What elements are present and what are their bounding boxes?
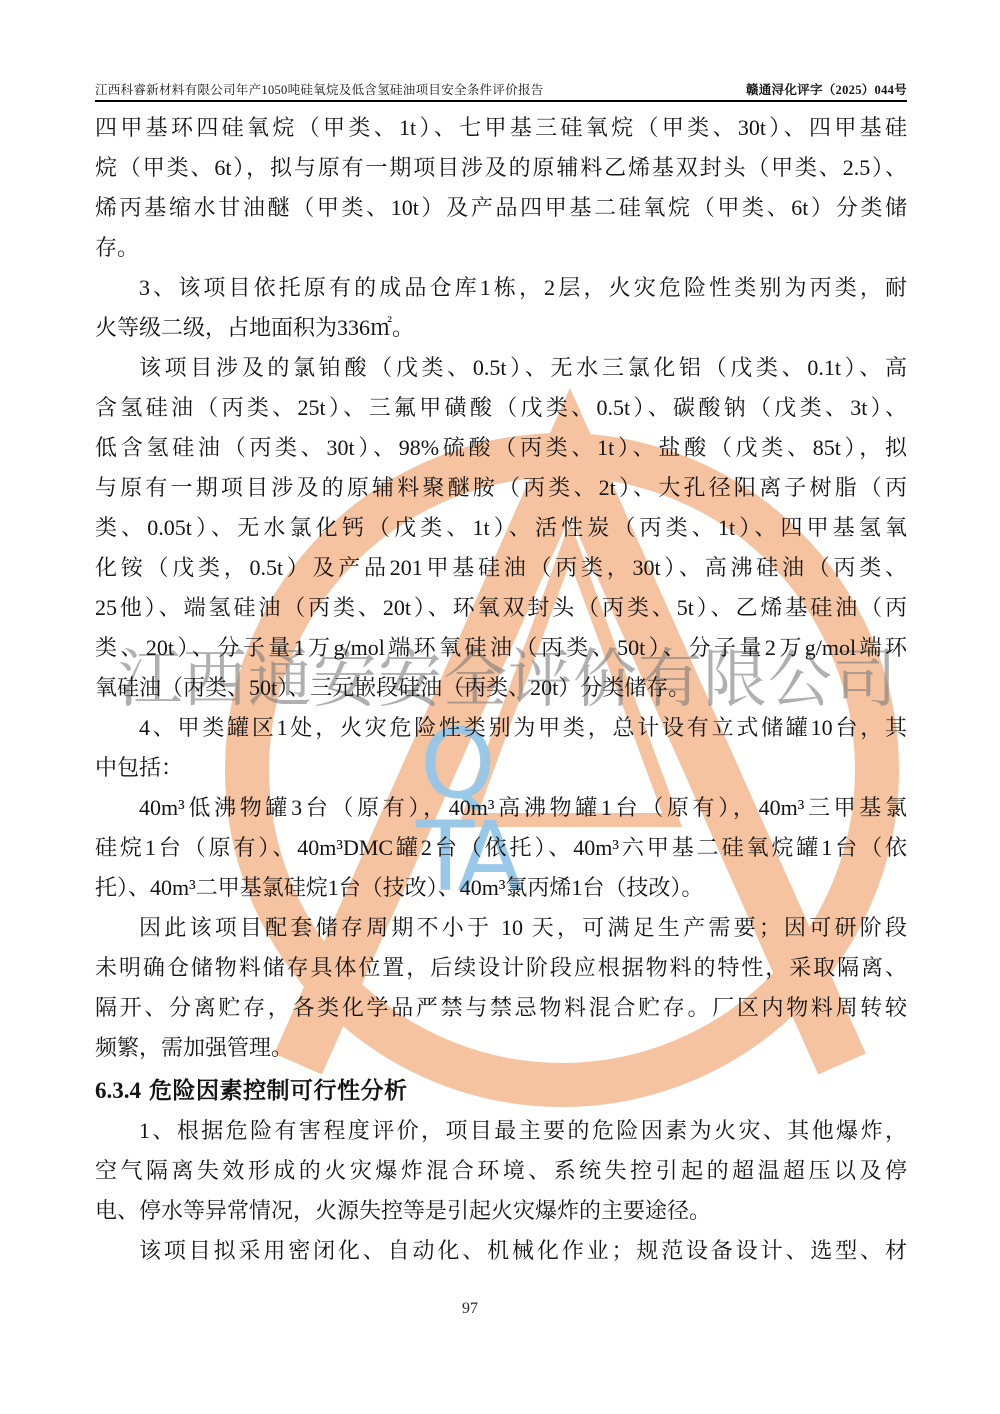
text-line: 电、停水等异常情况，火源失控等是引起火灾爆炸的主要途径。 [95,1191,907,1231]
text-line: 化铵（戊类，0.5t）及产品201甲基硅油（丙类，30t）、高沸硅油（丙类、 [95,548,907,588]
section-number: 6.3.4 [95,1078,141,1103]
text-line: 未明确仓储物料储存具体位置，后续设计阶段应根据物料的特性，采取隔离、 [95,948,907,988]
text-line: 40m³低沸物罐3台（原有），40m³高沸物罐1台（原有），40m³三甲基氯 [95,788,907,828]
text-line: 因此该项目配套储存周期不小于 10 天，可满足生产需要；因可研阶段 [95,908,907,948]
text-line: 类、0.05t）、无水氯化钙（戊类、1t）、活性炭（丙类、1t）、四甲基氢氧 [95,508,907,548]
text-line: 隔开、分离贮存，各类化学品严禁与禁忌物料混合贮存。厂区内物料周转较 [95,988,907,1028]
text-line: 硅烷1台（原有）、40m³DMC罐2台（依托）、40m³六甲基二硅氧烷罐1台（依 [95,828,907,868]
text-line: 含氢硅油（丙类、25t）、三氟甲磺酸（戊类、0.5t）、碳酸钠（戊类、3t）、 [95,388,907,428]
section-title: 危险因素控制可行性分析 [149,1077,408,1103]
page-footer: 97 [0,1300,940,1318]
text-line: 4、甲类罐区1处，火灾危险性类别为甲类，总计设有立式储罐10台，其 [95,708,907,748]
text-line: 火等级二级，占地面积为336㎡。 [95,308,907,348]
text-line: 烯丙基缩水甘油醚（甲类、10t）及产品四甲基二硅氧烷（甲类、6t）分类储 [95,188,907,228]
text-line: 存。 [95,228,907,268]
text-line: 该项目拟采用密闭化、自动化、机械化作业；规范设备设计、选型、材 [95,1231,907,1271]
text-line: 空气隔离失效形成的火灾爆炸混合环境、系统失控引起的超温超压以及停 [95,1151,907,1191]
text-line: 3、该项目依托原有的成品仓库1栋，2层，火灾危险性类别为丙类，耐 [95,268,907,308]
section-heading: 6.3.4危险因素控制可行性分析 [95,1068,907,1111]
text-line: 频繁，需加强管理。 [95,1028,907,1068]
text-line: 与原有一期项目涉及的原辅料聚醚胺（丙类、2t）、大孔径阳离子树脂（丙 [95,468,907,508]
text-line: 四甲基环四硅氧烷（甲类、1t）、七甲基三硅氧烷（甲类、30t）、四甲基硅 [95,108,907,148]
text-line: 中包括： [95,748,907,788]
header-report-title: 江西科睿新材料有限公司年产1050吨硅氧烷及低含氢硅油项目安全条件评价报告 [95,80,544,98]
text-line: 1、根据危险有害程度评价，项目最主要的危险因素为火灾、其他爆炸， [95,1111,907,1151]
page-header: 江西科睿新材料有限公司年产1050吨硅氧烷及低含氢硅油项目安全条件评价报告 赣通… [95,78,907,102]
text-line: 该项目涉及的氯铂酸（戊类、0.5t）、无水三氯化铝（戊类、0.1t）、高 [95,348,907,388]
text-line: 氧硅油（丙类、50t）、三元嵌段硅油（丙类、20t）分类储存。 [95,668,907,708]
body-text: 四甲基环四硅氧烷（甲类、1t）、七甲基三硅氧烷（甲类、30t）、四甲基硅烷（甲类… [95,108,907,1271]
text-line: 25他）、端氢硅油（丙类、20t）、环氧双封头（丙类、5t）、乙烯基硅油（丙 [95,588,907,628]
document-page: Q TA 江西通安安全评价有限公司 江西科睿新材料有限公司年产1050吨硅氧烷及… [0,0,1000,1414]
text-line: 烷（甲类、6t），拟与原有一期项目涉及的原辅料乙烯基双封头（甲类、2.5）、 [95,148,907,188]
page-number: 97 [462,1300,478,1317]
text-line: 低含氢硅油（丙类、30t）、98%硫酸（丙类、1t）、盐酸（戊类、85t），拟 [95,428,907,468]
header-doc-number: 赣通浔化评字（2025）044号 [746,80,907,98]
text-line: 托）、40m³二甲基氯硅烷1台（技改）、40m³氯丙烯1台（技改）。 [95,868,907,908]
text-line: 类、20t）、分子量1万g/mol端环氧硅油（丙类、50t）、分子量2万g/mo… [95,628,907,668]
